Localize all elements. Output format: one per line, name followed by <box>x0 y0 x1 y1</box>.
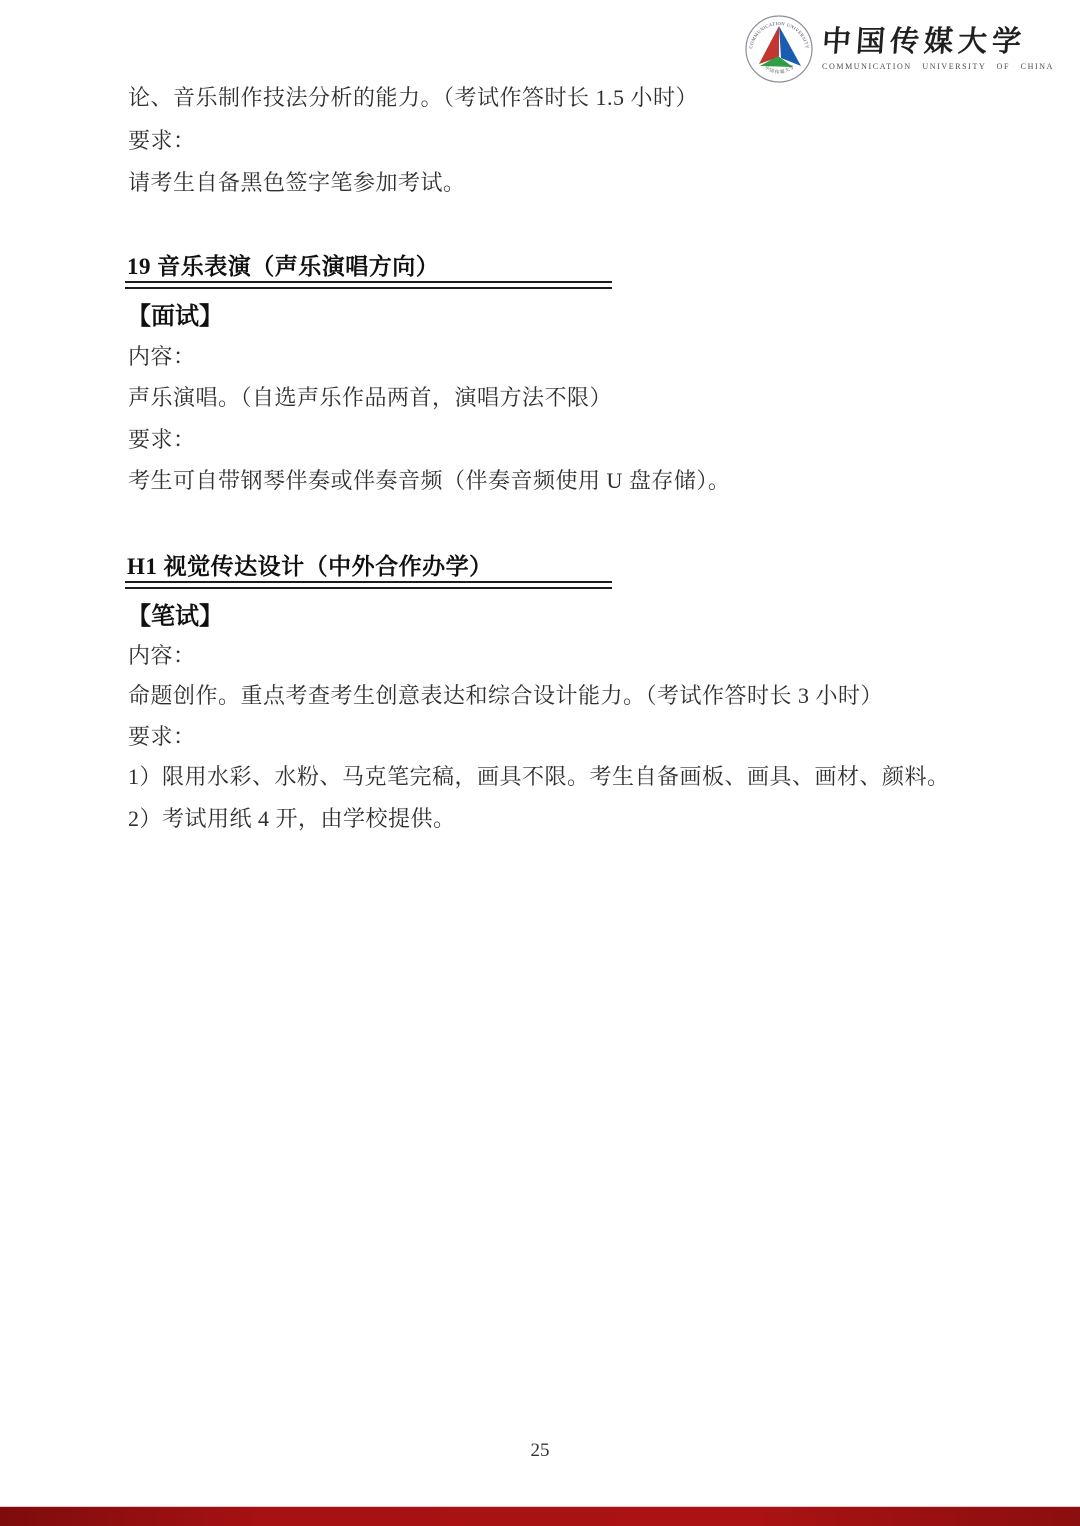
section-19-req-label: 要求： <box>128 426 196 454</box>
intro-req-line: 请考生自备黑色签字笔参加考试。 <box>128 169 466 197</box>
section-h1-req-line-2: 2）考试用纸 4 开，由学校提供。 <box>128 805 456 833</box>
section-19-exam-type: 【面试】 <box>127 296 223 331</box>
university-name-cn: 中国传媒大学 <box>821 27 1027 59</box>
section-h1-req-label: 要求： <box>128 723 196 751</box>
section-19-content-label: 内容： <box>128 343 196 371</box>
document-page: COMMUNICATION UNIVERSITY OF CHINA 中国传媒大学… <box>0 0 1080 1526</box>
section-h1-exam-type: 【笔试】 <box>127 596 223 631</box>
cuc-emblem-icon: COMMUNICATION UNIVERSITY OF CHINA 中国传媒大学 <box>744 14 814 84</box>
section-h1-rule <box>125 581 612 589</box>
logo-wordmark: 中国传媒大学 COMMUNICATION UNIVERSITY OF CHINA <box>822 27 1054 71</box>
intro-line: 论、音乐制作技法分析的能力。（考试作答时长 1.5 小时） <box>128 84 698 112</box>
section-h1-req-line-1: 1）限用水彩、水粉、马克笔完稿，画具不限。考生自备画板、画具、画材、颜料。 <box>128 763 950 791</box>
intro-req-label: 要求： <box>128 127 196 155</box>
section-19-rule <box>125 281 612 289</box>
section-19-title: 19 音乐表演（声乐演唱方向） <box>127 248 439 281</box>
university-logo: COMMUNICATION UNIVERSITY OF CHINA 中国传媒大学… <box>744 14 1054 84</box>
university-name-en: COMMUNICATION UNIVERSITY OF CHINA <box>822 62 1054 71</box>
page-number: 25 <box>0 1440 1080 1462</box>
footer-red-bar <box>0 1506 1080 1526</box>
section-19-req-line: 考生可自带钢琴伴奏或伴奏音频（伴奏音频使用 U 盘存储）。 <box>128 467 730 495</box>
section-h1-title: H1 视觉传达设计（中外合作办学） <box>127 548 493 581</box>
section-h1-content-label: 内容： <box>128 642 196 670</box>
section-h1-content-line: 命题创作。重点考查考生创意表达和综合设计能力。（考试作答时长 3 小时） <box>128 682 883 710</box>
section-19-content-line: 声乐演唱。（自选声乐作品两首，演唱方法不限） <box>128 384 612 412</box>
